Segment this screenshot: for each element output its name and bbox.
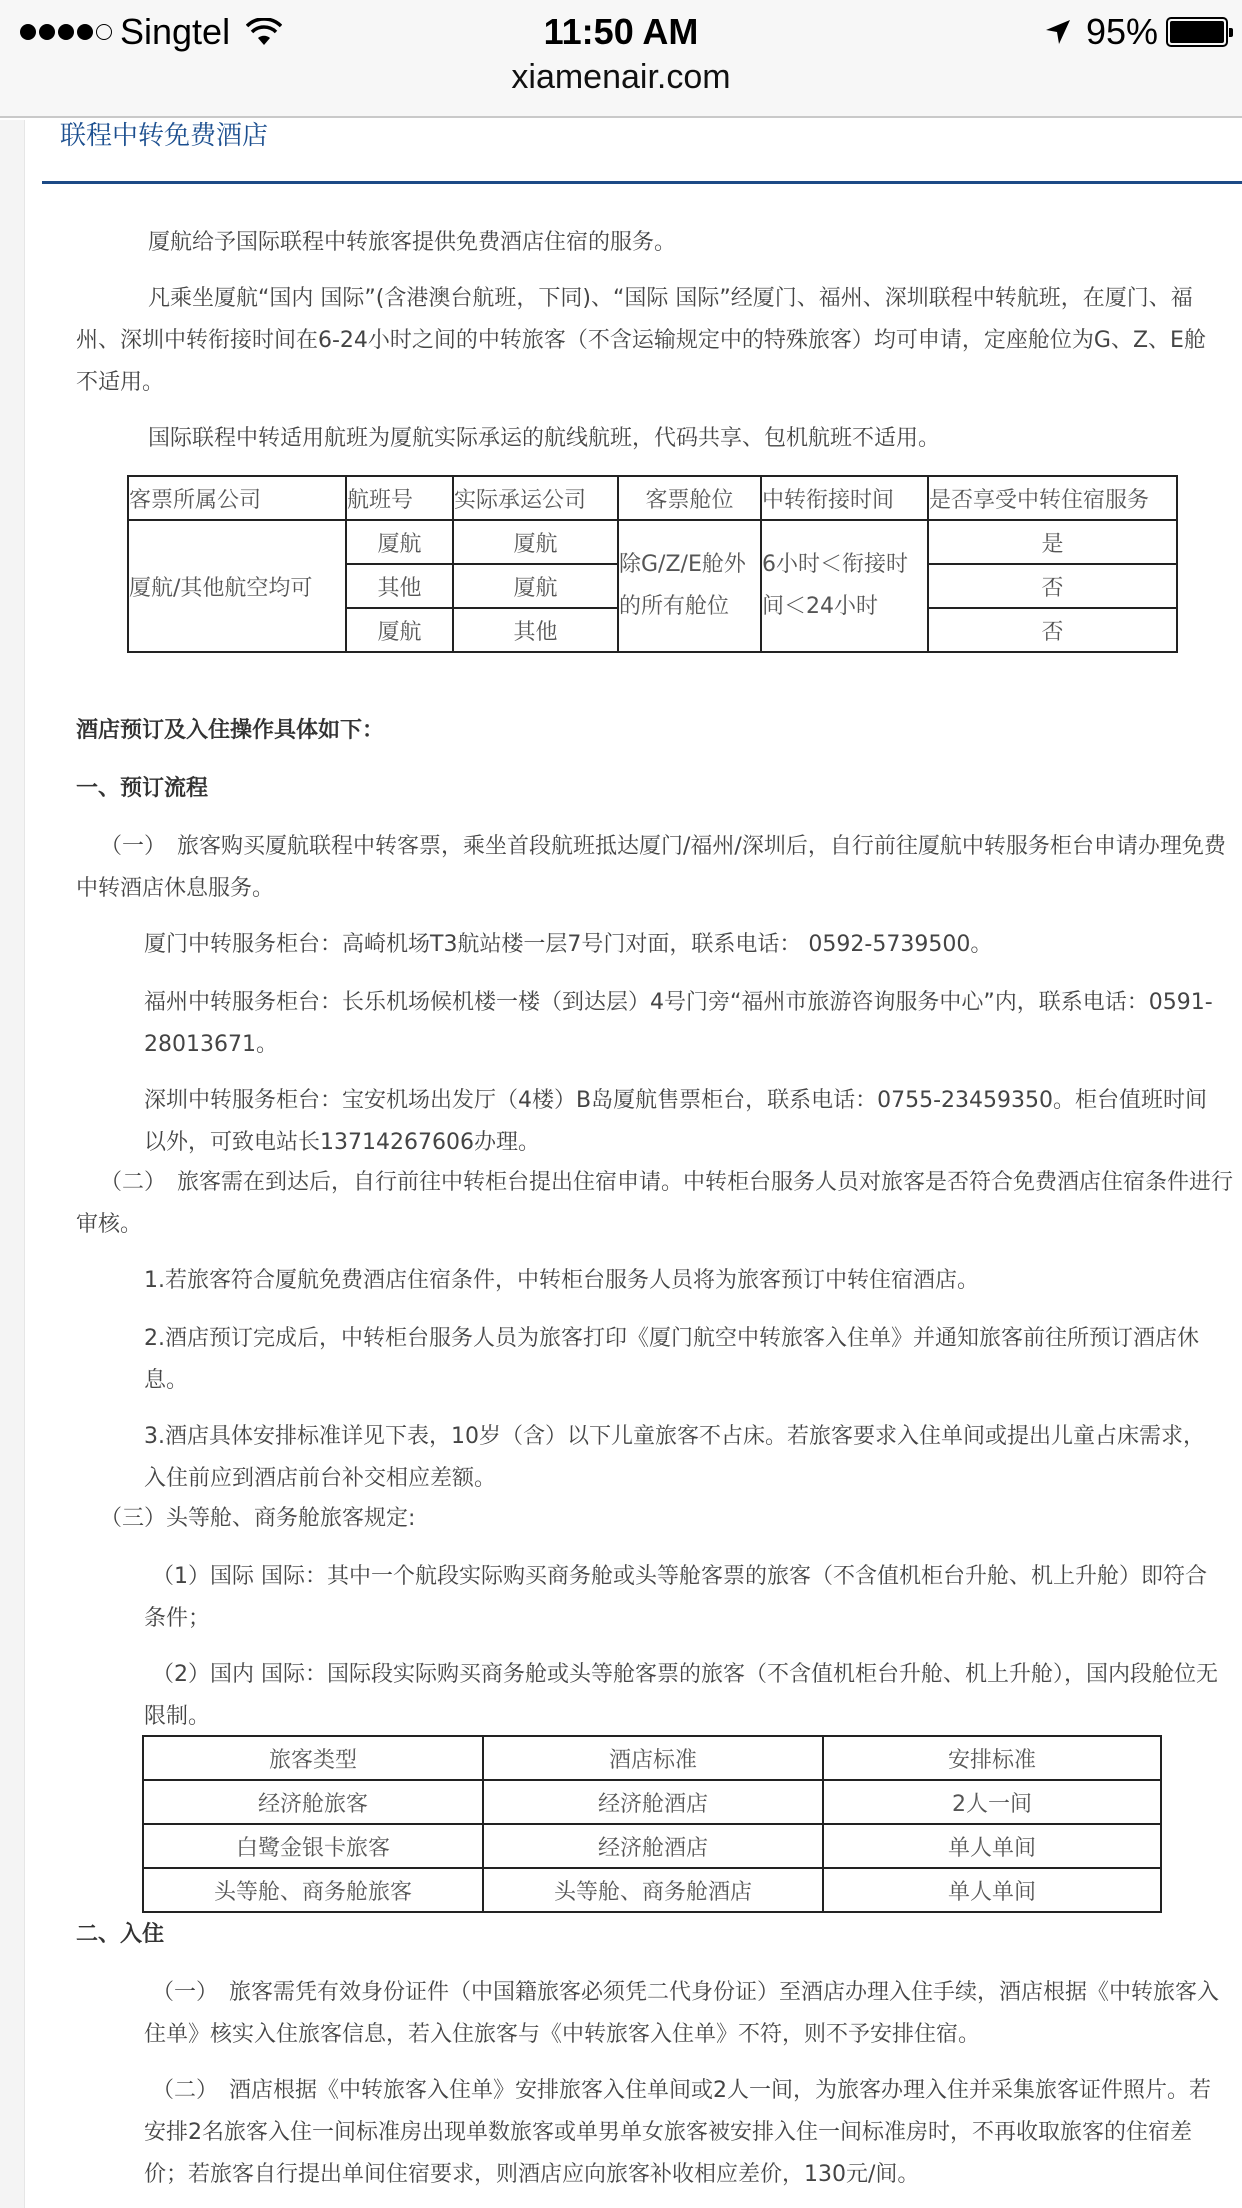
flight-no-cell: 厦航 bbox=[346, 520, 453, 564]
rule-1: （1）国际 国际：其中一个航段实际购买商务舱或头等舱客票的旅客（不含值机柜台升舱… bbox=[144, 1556, 1224, 1640]
table-header: 客票舱位 bbox=[618, 476, 761, 520]
section-2-heading: 二、入住 bbox=[76, 1914, 164, 1956]
connection-time-cell: 6小时＜衔接时间＜24小时 bbox=[761, 520, 928, 652]
flight-no-cell: 其他 bbox=[346, 564, 453, 608]
table-header: 酒店标准 bbox=[483, 1736, 823, 1780]
intro-paragraph-2: 凡乘坐厦航“国内 国际”(含港澳台航班，下同)、“国际 国际”经厦门、福州、深圳… bbox=[76, 278, 1226, 404]
table-cell: 头等舱、商务舱酒店 bbox=[483, 1868, 823, 1912]
table-header: 中转衔接时间 bbox=[761, 476, 928, 520]
page-title: 联程中转免费酒店 bbox=[60, 120, 268, 152]
table-header: 安排标准 bbox=[823, 1736, 1161, 1780]
table-row: 厦航/其他航空均可 厦航 厦航 除G/Z/E舱外的所有舱位 6小时＜衔接时间＜2… bbox=[128, 520, 1177, 564]
browser-chrome: Singtel 11:50 AM 95% xiamenair.com bbox=[0, 0, 1242, 118]
intro-paragraph-3: 国际联程中转适用航班为厦航实际承运的航线航班，代码共享、包机航班不适用。 bbox=[148, 418, 940, 460]
table-row: 头等舱、商务舱旅客 头等舱、商务舱酒店 单人单间 bbox=[143, 1868, 1161, 1912]
eligible-cell: 否 bbox=[928, 564, 1177, 608]
counter-xiamen: 厦门中转服务柜台：高崎机场T3航站楼一层7号门对面，联系电话： 0592-573… bbox=[144, 924, 992, 966]
step-3: 3.酒店具体安排标准详见下表，10岁（含）以下儿童旅客不占床。若旅客要求入住单间… bbox=[144, 1416, 1224, 1500]
table-cell: 单人单间 bbox=[823, 1824, 1161, 1868]
section-1-item-1: （一） 旅客购买厦航联程中转客票，乘坐首段航班抵达厦门/福州/深圳后，自行前往厦… bbox=[76, 826, 1236, 910]
ops-heading: 酒店预订及入住操作具体如下： bbox=[76, 710, 384, 752]
status-right: 95% bbox=[1044, 8, 1228, 56]
battery-icon bbox=[1166, 17, 1228, 47]
section-2-item-1: （一） 旅客需凭有效身份证件（中国籍旅客必须凭二代身份证）至酒店办理入住手续，酒… bbox=[144, 1972, 1229, 2056]
table-cell: 经济舱酒店 bbox=[483, 1824, 823, 1868]
location-arrow-icon bbox=[1044, 18, 1072, 46]
table-header-row: 旅客类型 酒店标准 安排标准 bbox=[143, 1736, 1161, 1780]
status-bar: Singtel 11:50 AM 95% bbox=[0, 8, 1242, 56]
url-bar[interactable]: xiamenair.com bbox=[0, 58, 1242, 97]
table-cell: 头等舱、商务舱旅客 bbox=[143, 1868, 483, 1912]
section-1-heading: 一、预订流程 bbox=[76, 768, 208, 810]
eligibility-table: 客票所属公司 航班号 实际承运公司 客票舱位 中转衔接时间 是否享受中转住宿服务… bbox=[127, 475, 1178, 653]
eligible-cell: 是 bbox=[928, 520, 1177, 564]
table-header-row: 客票所属公司 航班号 实际承运公司 客票舱位 中转衔接时间 是否享受中转住宿服务 bbox=[128, 476, 1177, 520]
battery-percent: 95% bbox=[1086, 11, 1158, 53]
eligible-cell: 否 bbox=[928, 608, 1177, 652]
hotel-standards-table: 旅客类型 酒店标准 安排标准 经济舱旅客 经济舱酒店 2人一间 白鹭金银卡旅客 … bbox=[142, 1735, 1162, 1913]
section-1-item-2: （二） 旅客需在到达后，自行前往中转柜台提出住宿申请。中转柜台服务人员对旅客是否… bbox=[76, 1162, 1236, 1246]
step-1: 1.若旅客符合厦航免费酒店住宿条件，中转柜台服务人员将为旅客预订中转住宿酒店。 bbox=[144, 1260, 979, 1302]
table-header: 客票所属公司 bbox=[128, 476, 346, 520]
carrier-cell: 厦航 bbox=[453, 564, 618, 608]
intro-paragraph-1: 厦航给予国际联程中转旅客提供免费酒店住宿的服务。 bbox=[148, 222, 676, 264]
counter-fuzhou: 福州中转服务柜台：长乐机场候机楼一楼（到达层）4号门旁“福州市旅游咨询服务中心”… bbox=[144, 982, 1214, 1066]
table-row: 经济舱旅客 经济舱酒店 2人一间 bbox=[143, 1780, 1161, 1824]
carrier-cell: 厦航 bbox=[453, 520, 618, 564]
title-divider bbox=[42, 181, 1242, 184]
table-header: 航班号 bbox=[346, 476, 453, 520]
cabin-cell: 除G/Z/E舱外的所有舱位 bbox=[618, 520, 761, 652]
table-cell: 2人一间 bbox=[823, 1780, 1161, 1824]
table-header: 是否享受中转住宿服务 bbox=[928, 476, 1177, 520]
table-cell: 经济舱旅客 bbox=[143, 1780, 483, 1824]
flight-no-cell: 厦航 bbox=[346, 608, 453, 652]
table-header: 实际承运公司 bbox=[453, 476, 618, 520]
table-header: 旅客类型 bbox=[143, 1736, 483, 1780]
table-cell: 白鹭金银卡旅客 bbox=[143, 1824, 483, 1868]
page-gutter bbox=[0, 120, 25, 2208]
section-2-item-2: （二） 酒店根据《中转旅客入住单》安排旅客入住单间或2人一间，为旅客办理入住并采… bbox=[144, 2070, 1229, 2196]
table-cell: 单人单间 bbox=[823, 1868, 1161, 1912]
carrier-cell: 其他 bbox=[453, 608, 618, 652]
ticket-company-cell: 厦航/其他航空均可 bbox=[128, 520, 346, 652]
step-2: 2.酒店预订完成后，中转柜台服务人员为旅客打印《厦门航空中转旅客入住单》并通知旅… bbox=[144, 1318, 1224, 1402]
section-1-item-3: （三）头等舱、商务舱旅客规定: bbox=[100, 1498, 415, 1540]
counter-shenzhen: 深圳中转服务柜台：宝安机场出发厅（4楼）B岛厦航售票柜台，联系电话：0755-2… bbox=[144, 1080, 1224, 1164]
rule-2: （2）国内 国际：国际段实际购买商务舱或头等舱客票的旅客（不含值机柜台升舱、机上… bbox=[144, 1654, 1224, 1738]
table-row: 白鹭金银卡旅客 经济舱酒店 单人单间 bbox=[143, 1824, 1161, 1868]
table-cell: 经济舱酒店 bbox=[483, 1780, 823, 1824]
